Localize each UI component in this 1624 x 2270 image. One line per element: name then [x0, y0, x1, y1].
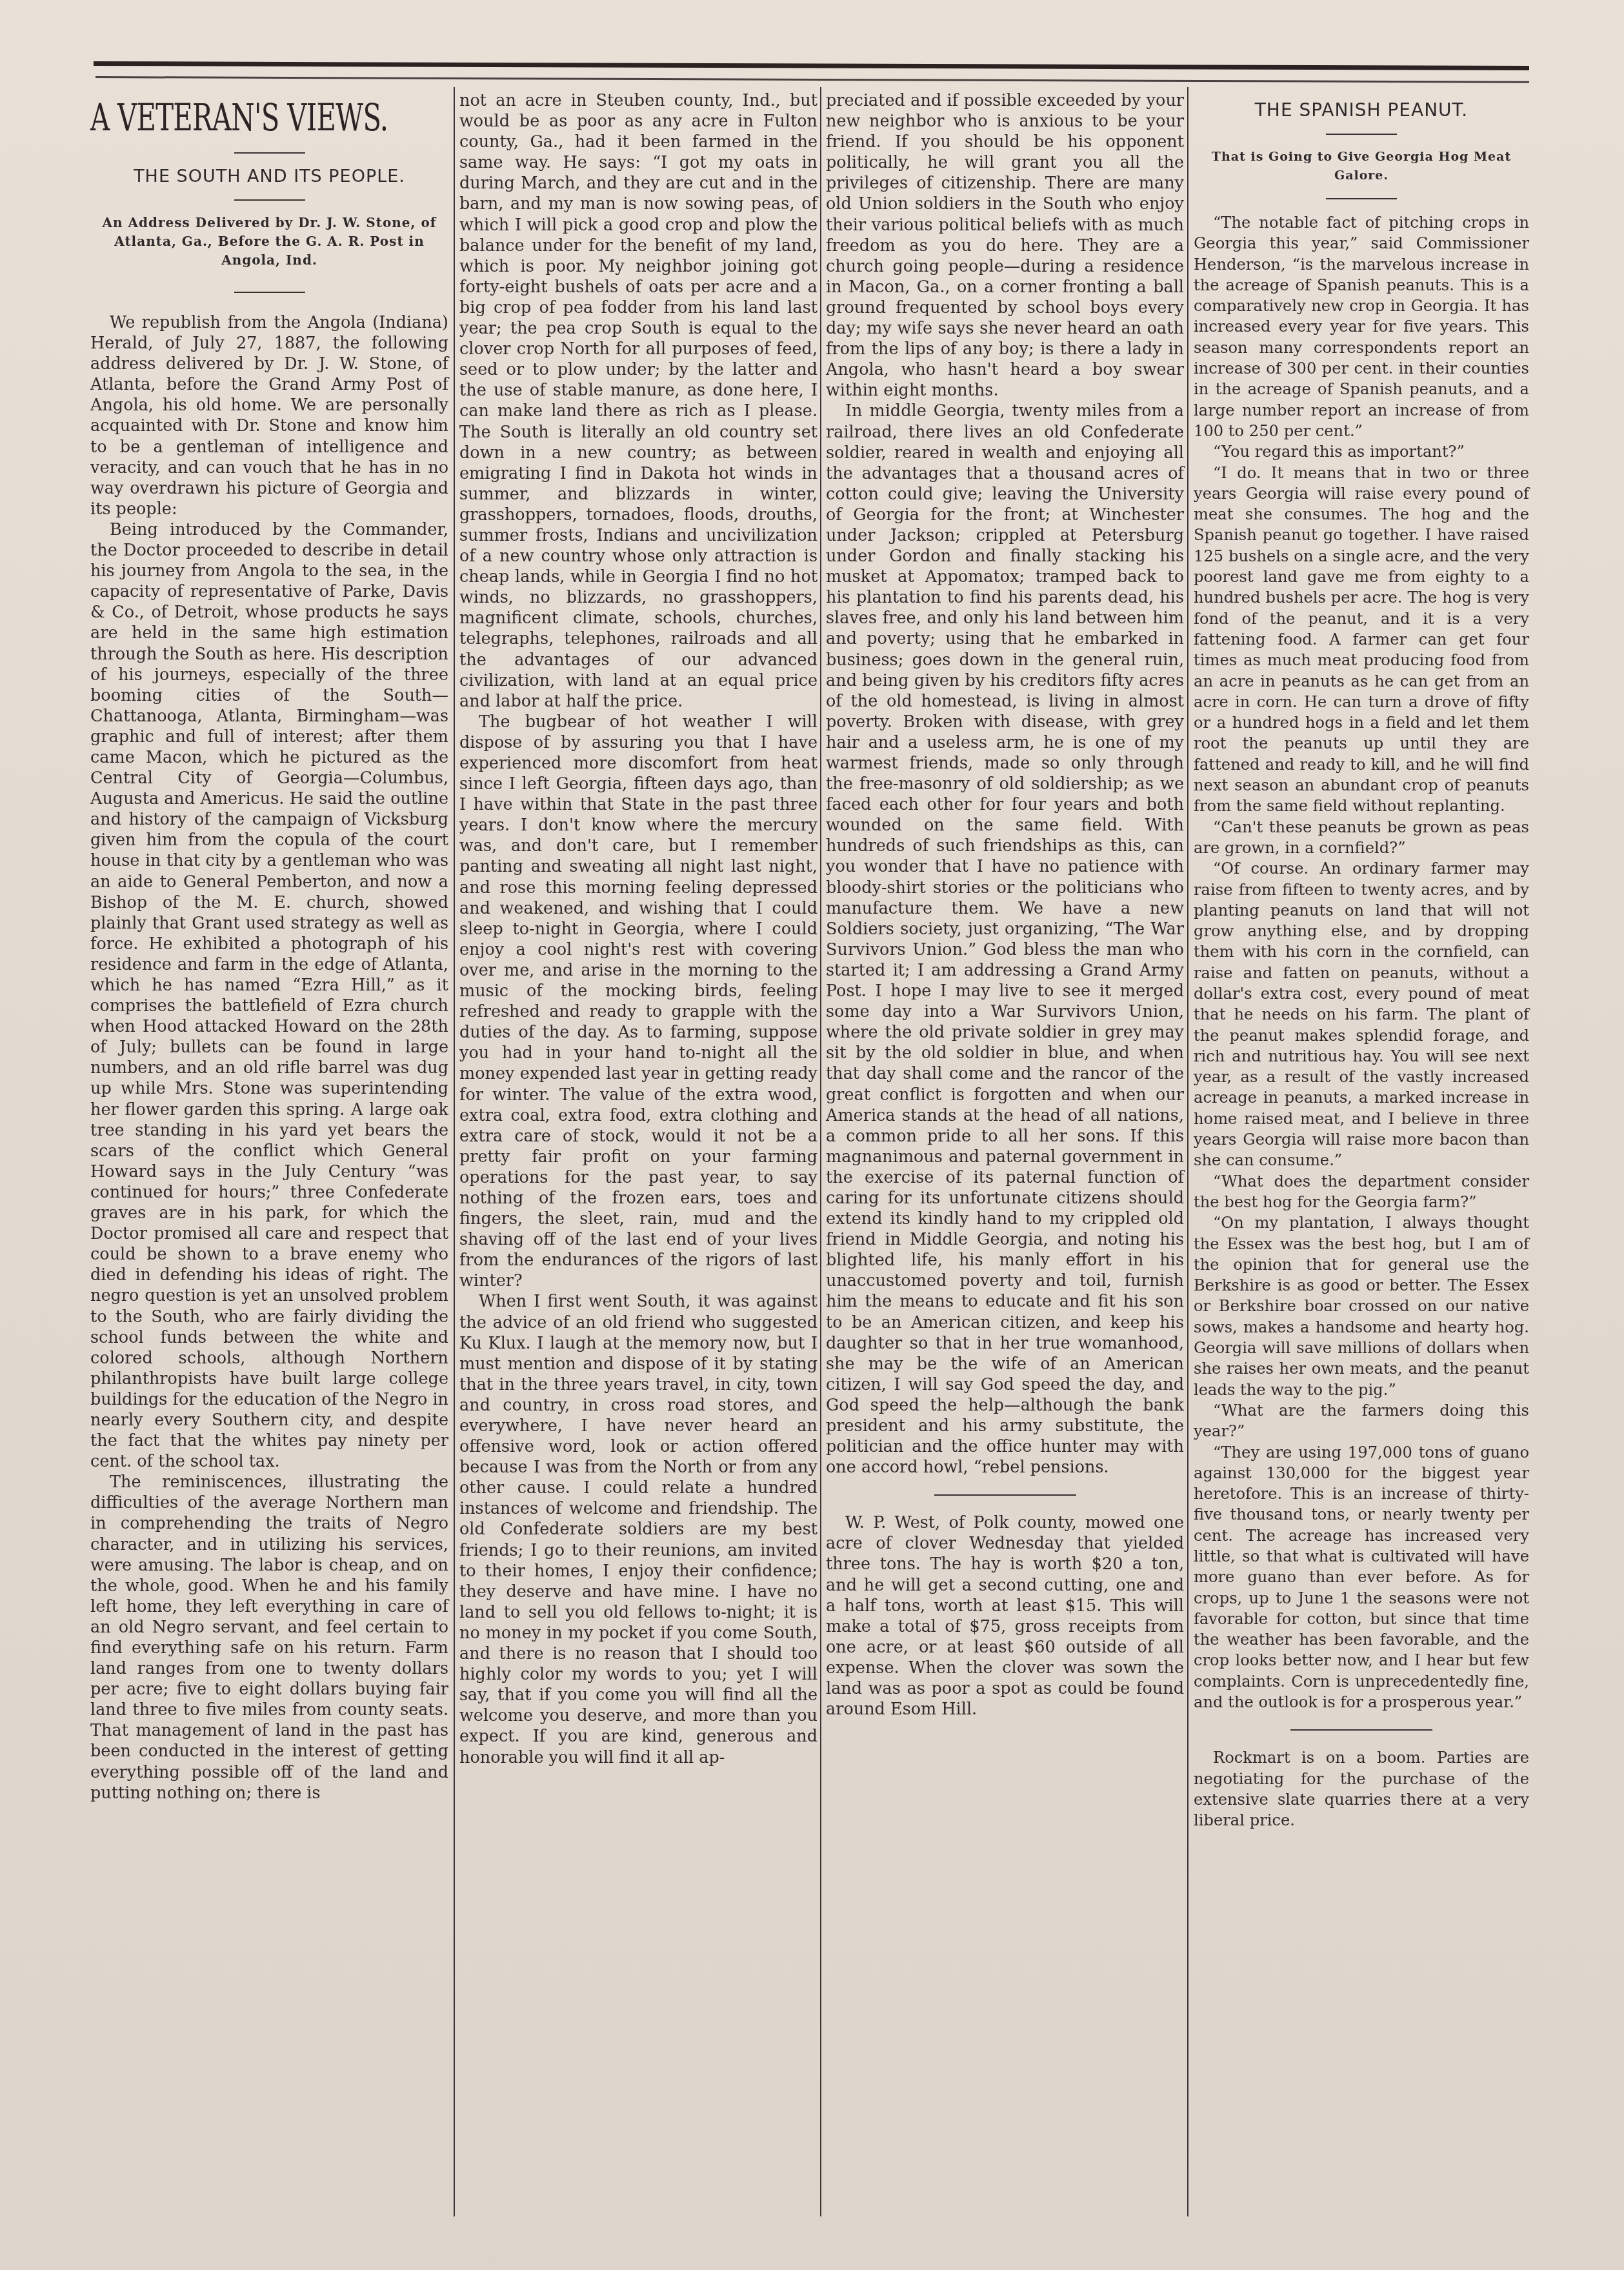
- masthead-rule-thin: [95, 76, 1529, 83]
- column-1: A VETERAN'S VIEWS. THE SOUTH AND ITS PEO…: [90, 90, 448, 1803]
- paragraph: preciated and if possible exceeded by yo…: [826, 90, 1184, 401]
- column-divider: [1187, 87, 1188, 2216]
- newspaper-page: A VETERAN'S VIEWS. THE SOUTH AND ITS PEO…: [0, 0, 1624, 2270]
- paragraph: When I first went South, it was against …: [459, 1291, 817, 1767]
- divider: [1290, 1729, 1432, 1731]
- column-2: not an acre in Steuben county, Ind., but…: [459, 90, 817, 1768]
- paragraph: “On my plantation, I always thought the …: [1194, 1212, 1529, 1400]
- paragraph: “They are using 197,000 tons of guano ag…: [1194, 1442, 1529, 1713]
- paragraph: Being introduced by the Commander, the D…: [90, 519, 448, 1472]
- paragraph: “Of course. An ordinary farmer may raise…: [1194, 858, 1529, 1170]
- paragraph: W. P. West, of Polk county, mowed one ac…: [826, 1512, 1184, 1720]
- article-subhead: THE SPANISH PEANUT.: [1194, 99, 1529, 121]
- paragraph: “Can't these peanuts be grown as peas ar…: [1194, 817, 1529, 859]
- column-divider: [454, 87, 455, 2216]
- divider: [234, 152, 305, 154]
- column-4: THE SPANISH PEANUT. That is Going to Giv…: [1194, 90, 1529, 1831]
- divider: [1326, 198, 1397, 199]
- divider: [234, 292, 305, 293]
- paragraph: not an acre in Steuben county, Ind., but…: [459, 90, 817, 712]
- divider: [234, 199, 305, 201]
- paragraph: “What does the department consider the b…: [1194, 1171, 1529, 1213]
- paragraph: “The notable fact of pitching crops in G…: [1194, 212, 1529, 441]
- article-deck: An Address Delivered by Dr. J. W. Stone,…: [94, 214, 445, 270]
- paragraph: We republish from the Angola (Indiana) H…: [90, 312, 448, 519]
- article-deck: That is Going to Give Georgia Hog Meat G…: [1198, 148, 1525, 185]
- column-divider: [820, 87, 821, 2216]
- paragraph: Rockmart is on a boom. Parties are negot…: [1194, 1747, 1529, 1831]
- paragraph: In middle Georgia, twenty miles from a r…: [826, 401, 1184, 1478]
- column-3: preciated and if possible exceeded by yo…: [826, 90, 1184, 1720]
- paragraph: The reminiscences, illustrating the diff…: [90, 1472, 448, 1803]
- paragraph: “What are the farmers doing this year?”: [1194, 1400, 1529, 1442]
- paragraph: “You regard this as important?”: [1194, 441, 1529, 462]
- article-subhead: THE SOUTH AND ITS PEOPLE.: [90, 166, 448, 186]
- paragraph: The bugbear of hot weather I will dispos…: [459, 712, 817, 1292]
- divider: [1326, 134, 1397, 135]
- divider: [934, 1494, 1076, 1496]
- masthead-rule-thick: [94, 61, 1529, 70]
- paragraph: “I do. It means that in two or three yea…: [1194, 463, 1529, 817]
- article-headline: A VETERAN'S VIEWS.: [90, 95, 348, 139]
